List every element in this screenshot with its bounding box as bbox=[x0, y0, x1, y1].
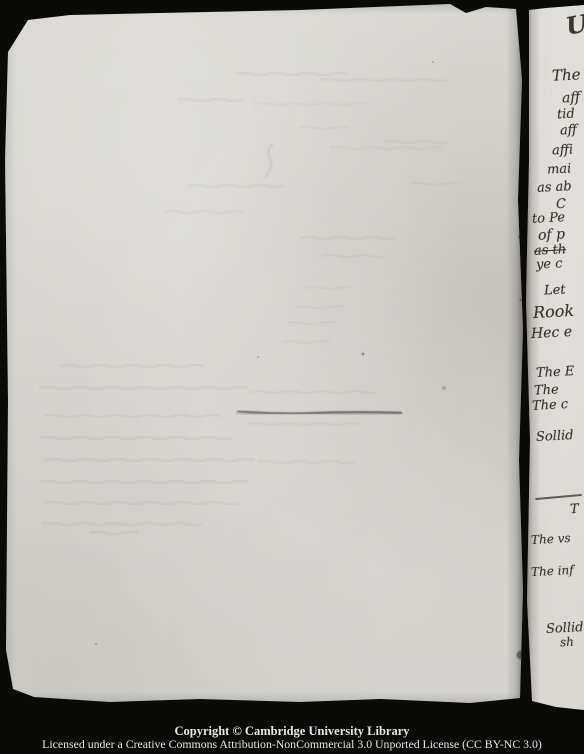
handwriting-fragment: The c bbox=[532, 397, 569, 414]
bleedthrough-line bbox=[42, 523, 202, 526]
handwriting-fragment: as ab bbox=[537, 179, 572, 196]
bleedthrough-line bbox=[46, 459, 254, 462]
manuscript-scan: UTheafftidaffaffimaias abCto Peof pas th… bbox=[0, 0, 584, 754]
bleedthrough-line bbox=[90, 532, 138, 535]
handwriting-fragment: The E bbox=[536, 364, 575, 381]
bleedthrough-line bbox=[45, 415, 221, 418]
handwriting-fragment: Let bbox=[544, 282, 566, 298]
bleedthrough-line bbox=[40, 437, 232, 440]
handwriting-fragment: sh bbox=[560, 635, 575, 650]
bleedthrough-line bbox=[300, 237, 396, 240]
verso-blank-page bbox=[0, 0, 530, 754]
handwriting-fragment: U bbox=[564, 8, 584, 40]
bleedthrough-line bbox=[255, 103, 367, 106]
bleedthrough-line bbox=[305, 287, 353, 290]
bleedthrough-marks bbox=[0, 0, 530, 754]
bleedthrough-line bbox=[250, 391, 378, 394]
handwriting-fragment: The bbox=[552, 65, 581, 84]
bleedthrough-line bbox=[320, 79, 448, 82]
bleedthrough-line bbox=[235, 73, 347, 76]
bleedthrough-line bbox=[178, 99, 242, 102]
bleedthrough-line bbox=[40, 481, 248, 484]
bleedthrough-line bbox=[165, 211, 245, 214]
bleedthrough-line bbox=[282, 341, 330, 344]
page-edge-shadow-bottom bbox=[0, 692, 530, 706]
handwriting-fragment: mai bbox=[547, 161, 572, 177]
handwriting-fragment: to Pe bbox=[532, 210, 566, 227]
handwriting-fragment: Sollid bbox=[536, 428, 574, 445]
ink-smudge bbox=[236, 411, 472, 415]
handwriting-fragment: affi bbox=[552, 142, 574, 158]
recto-page-edge: UTheafftidaffaffimaias abCto Peof pas th… bbox=[526, 0, 584, 754]
page-edge-shadow-left bbox=[0, 0, 16, 754]
handwriting-fragment: ye c bbox=[536, 256, 563, 272]
bleedthrough-line bbox=[46, 502, 238, 505]
handwriting-fragment: aff bbox=[560, 123, 578, 139]
ruled-line bbox=[535, 494, 582, 500]
bleedthrough-line bbox=[300, 127, 348, 130]
bleedthrough-line bbox=[40, 387, 248, 390]
ink-specks bbox=[95, 61, 523, 645]
gutter-shadow bbox=[506, 0, 524, 754]
bleedthrough-line bbox=[385, 141, 449, 144]
handwriting-fragment: aff bbox=[562, 90, 581, 107]
bleedthrough-line bbox=[410, 183, 458, 186]
bleedthrough-line bbox=[288, 322, 336, 325]
handwriting-fragment: The vs bbox=[531, 531, 571, 547]
handwriting-fragment: Rook bbox=[533, 301, 575, 322]
bleedthrough-line bbox=[296, 306, 344, 309]
bleedthrough-brace bbox=[265, 144, 273, 178]
handwriting-fragment: T bbox=[570, 502, 579, 517]
handwriting-fragment: The bbox=[534, 382, 560, 398]
handwriting-fragment: Hec e bbox=[531, 324, 573, 342]
page-edge-shadow-top bbox=[0, 0, 530, 14]
bleedthrough-line bbox=[258, 461, 354, 464]
handwriting-fragment: of p bbox=[538, 226, 566, 243]
handwriting-fragment: tid bbox=[557, 107, 575, 123]
bleedthrough-line bbox=[188, 185, 284, 188]
bleedthrough-line bbox=[330, 147, 442, 150]
copyright-text: Copyright © Cambridge University Library bbox=[174, 724, 409, 738]
license-text: Licensed under a Creative Commons Attrib… bbox=[42, 738, 542, 751]
bleedthrough-line bbox=[60, 365, 204, 368]
bleedthrough-line bbox=[322, 255, 386, 258]
footer: Copyright © Cambridge University Library… bbox=[0, 711, 584, 754]
handwriting-fragment: The inf bbox=[531, 563, 574, 579]
bleedthrough-line bbox=[248, 423, 360, 426]
